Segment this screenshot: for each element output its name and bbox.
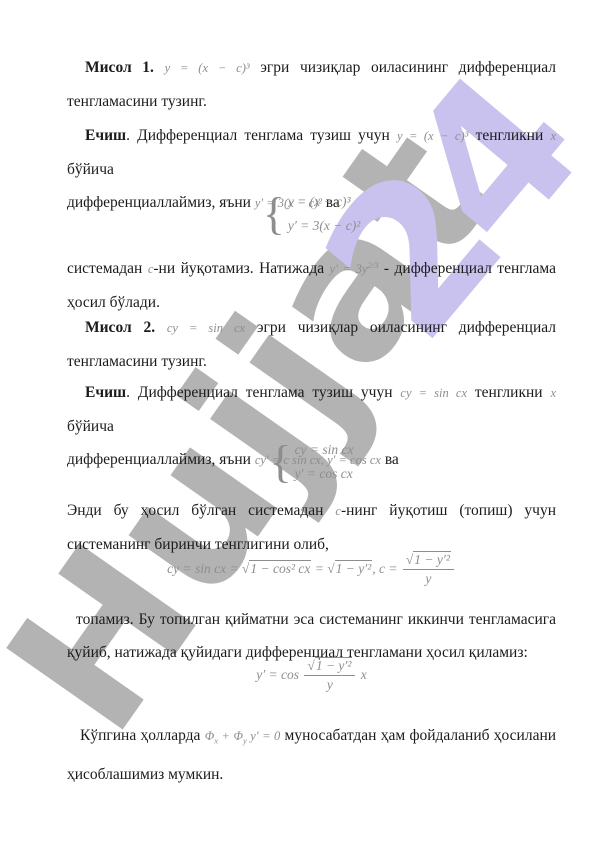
phi-symbol: Φ (205, 729, 215, 743)
formula-run: cy = sin cx = (167, 561, 242, 576)
radicand: 1 − y′² (335, 560, 373, 576)
formula-run: x (361, 667, 367, 682)
formula-run: y′ = cos (256, 667, 299, 682)
formula-base: y′ = 3y (330, 262, 368, 276)
phi-subscript: x (214, 736, 218, 746)
text-line: Ечиш. Дифференциал тенглама тузиш учун y… (67, 119, 556, 186)
radicand: 1 − y′² (315, 657, 353, 673)
example1-heading: Мисол 1. y = (x − c)³ эгри чизиқлар оила… (67, 51, 556, 118)
system-lines: cy = sin cxy′ = cos cx (295, 438, 354, 486)
text-run: -ни йуқотамиз. Натижада (153, 260, 324, 277)
example2-family-formula: cy = sin cx (167, 321, 245, 335)
text-run: тенгликни (476, 127, 544, 144)
example2-label: Мисол 2. (85, 319, 155, 336)
text-run: бўйича (67, 418, 114, 435)
formula-run: = (311, 561, 327, 576)
text-line: Мисол 2. cy = sin cx эгри чизиқлар оилас… (67, 311, 556, 345)
equation: cy = sin cx (295, 438, 354, 462)
variable-x: x (550, 386, 556, 400)
page-content: Мисол 1. y = (x − c)³ эгри чизиқлар оила… (0, 0, 596, 842)
text-line: тенгламасини тузинг. (67, 85, 556, 118)
text-line: ҳисоблашимиз мумкин. (67, 758, 556, 791)
equation-system-2: {cy = sin cxy′ = cos cx (67, 438, 556, 486)
brace-symbol: { (269, 439, 291, 485)
formula-exponent: 2/3 (368, 260, 379, 270)
system-lines: y = (x − c)³y′ = 3(x − c)² (288, 190, 360, 238)
text-line: Мисол 1. y = (x − c)³ эгри чизиқлар оила… (67, 51, 556, 85)
equation: y′ = cos cx (295, 462, 354, 486)
brace-symbol: { (263, 191, 285, 237)
example1-label: Мисол 1. (85, 59, 154, 76)
sqrt-expression: √1 − cos² cx (242, 560, 311, 576)
text-run: эгри чизиқлар оиласининг дифференциал (257, 319, 556, 336)
text-run: Кўпгина ҳолларда (80, 727, 200, 744)
text-line: тенгламасини тузинг. (67, 345, 556, 378)
text-run: эгри чизиқлар оиласининг дифференциал (260, 59, 556, 76)
text-run: . Дифференциал тенглама тузиш учун (126, 127, 390, 144)
sqrt-expression: √1 − y′² (327, 560, 372, 576)
text-line: топамиз. Бу топилган қийматни эса систем… (67, 603, 556, 636)
phi-subscript: y (243, 736, 247, 746)
text-run: Энди бу ҳосил бўлган системадан (67, 502, 323, 519)
text-line: системадан c-ни йуқотамиз. Натижада y′ =… (67, 249, 556, 286)
radical-icon: √ (307, 658, 314, 673)
example1-result: системадан c-ни йуқотамиз. Натижада y′ =… (67, 249, 556, 319)
text-run: - дифференциал тенглама (384, 260, 556, 277)
fraction: √1 − y′²y (403, 551, 454, 588)
derivation-formula: cy = sin cx = √1 − cos² cx = √1 − y′², c… (67, 551, 556, 588)
radicand: 1 − y′² (413, 551, 451, 567)
solution-label: Ечиш (85, 384, 126, 401)
fraction: √1 − y′²y (304, 657, 355, 694)
inline-formula: cy = sin cx (400, 386, 467, 400)
variable-x: x (550, 129, 556, 143)
equation: y′ = 3(x − c)² (288, 214, 360, 238)
system-block: {cy = sin cxy′ = cos cx (269, 438, 353, 486)
display-formula: cy = sin cx = √1 − cos² cx = √1 − y′², c… (167, 561, 456, 576)
formula-run: + Φ (222, 729, 243, 743)
fraction-numerator: √1 − y′² (403, 551, 454, 570)
fraction-denominator: y (403, 570, 454, 588)
radical-icon: √ (327, 561, 334, 576)
example2-heading: Мисол 2. cy = sin cx эгри чизиқлар оилас… (67, 311, 556, 378)
equation: y = (x − c)³ (288, 190, 360, 214)
text-run: бўйича (67, 161, 114, 178)
text-run: системадан (67, 260, 142, 277)
formula-run: , c = (372, 561, 401, 576)
display-formula: y′ = cos √1 − y′²y x (256, 667, 367, 682)
text-run: муносабатдан ҳам фойдаланиб ҳосилани (285, 727, 557, 744)
text-line: Кўпгина ҳолларда Φx + Φy y′ = 0 муносаба… (67, 719, 556, 758)
result-formula: y′ = 3y2/3 (330, 262, 379, 276)
text-line: Энди бу ҳосил бўлган системадан c-нинг й… (67, 494, 556, 528)
inline-formula: y = (x − c)³ (397, 129, 468, 143)
solution-label: Ечиш (85, 127, 126, 144)
phi-relation-formula: Φx + Φy y′ = 0 (205, 729, 281, 743)
result-differential-equation: y′ = cos √1 − y′²y x (67, 657, 556, 694)
example1-family-formula: y = (x − c)³ (165, 61, 250, 75)
equation-system-1: {y = (x − c)³y′ = 3(x − c)² (67, 190, 556, 238)
system-block: {y = (x − c)³y′ = 3(x − c)² (263, 190, 361, 238)
formula-run: y′ = 0 (250, 729, 280, 743)
note-paragraph: Кўпгина ҳолларда Φx + Φy y′ = 0 муносаба… (67, 719, 556, 791)
fraction-denominator: y (304, 676, 355, 694)
radicand: 1 − cos² cx (249, 560, 311, 576)
document-page: Hujjat 24 Мисол 1. y = (x − c)³ эгри чиз… (0, 0, 596, 842)
text-run: . Дифференциал тенглама тузиш учун (126, 384, 392, 401)
text-line: Ечиш. Дифференциал тенглама тузиш учун c… (67, 376, 556, 443)
fraction-numerator: √1 − y′² (304, 657, 355, 676)
text-run: тенгликни (475, 384, 543, 401)
text-run: -нинг йуқотиш (топиш) учун (341, 502, 556, 519)
